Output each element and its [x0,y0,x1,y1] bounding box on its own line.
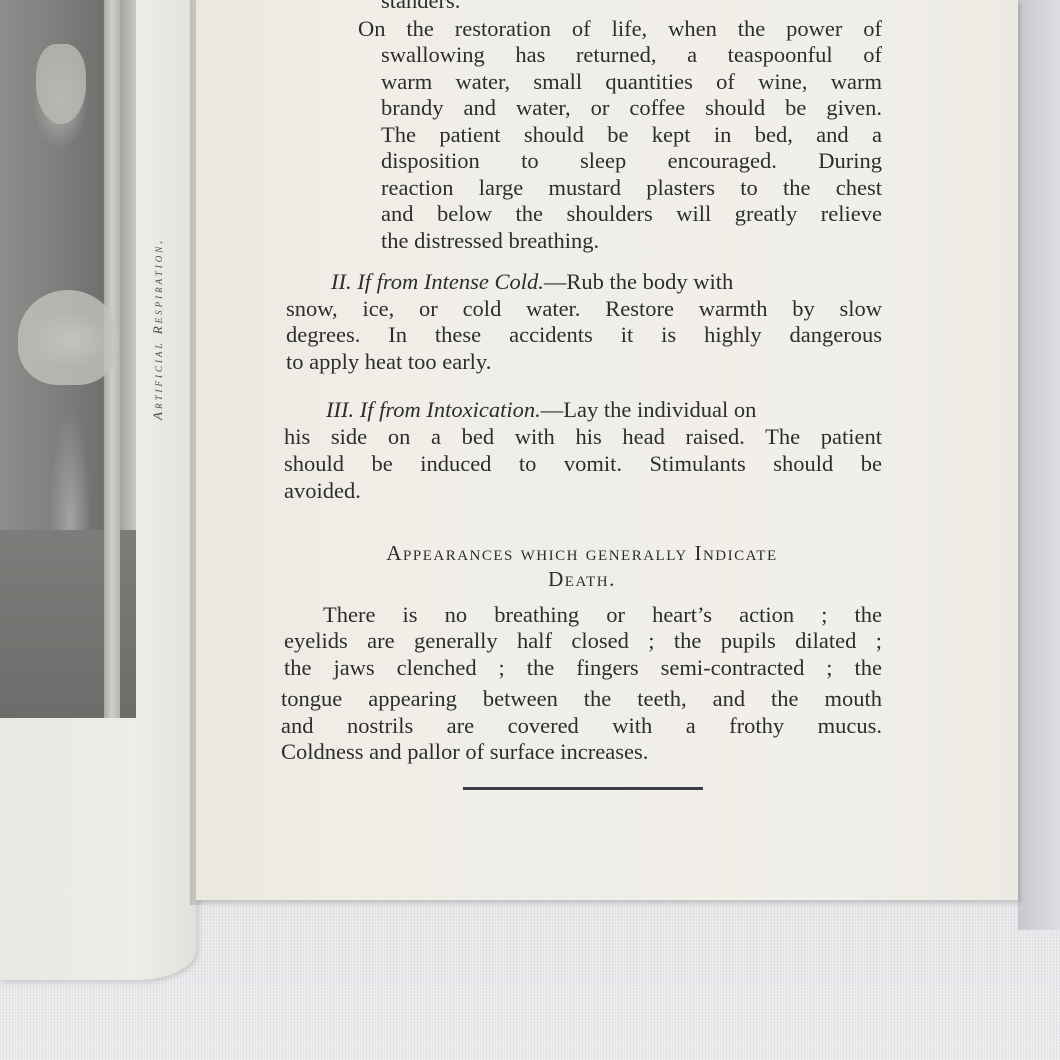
photo-knee [18,290,118,385]
section-ii-text: —Rub the body with [544,269,733,294]
paragraph-line: and nostrils are covered with a frothy m… [281,713,882,740]
paragraph-line: disposition to sleep encouraged. During [381,148,882,175]
paragraph-line: Coldness and pallor of surface increases… [281,739,882,766]
paragraph-line: should be induced to vomit. Stimulants s… [284,451,882,478]
section-iii-label: III. If from Intoxication. [326,397,541,422]
paragraph-line: reaction large mustard plasters to the c… [381,175,882,202]
section-ii-label: II. If from Intense Cold. [331,269,544,294]
paragraph-line: degrees. In these accidents it is highly… [286,322,882,349]
left-page: Artificial Respiration. [0,0,196,980]
closing-rule-divider [463,787,703,790]
section-ii-first-line: II. If from Intense Cold.—Rub the body w… [331,269,882,296]
paragraph-line: and below the shoulders will greatly rel… [381,201,882,228]
section-heading: Appearances which generally Indicate [320,540,844,567]
paragraph-line: On the restoration of life, when the pow… [358,16,882,43]
section-iii-first-line: III. If from Intoxication.—Lay the indiv… [326,397,882,424]
paragraph-line: eyelids are generally half closed ; the … [284,628,882,655]
section-iii-text: —Lay the individual on [541,397,757,422]
section-heading-continued: Death. [320,566,844,593]
paragraph-line: the distressed breathing. [381,228,882,255]
paragraph-line: the jaws clenched ; the fingers semi-con… [284,655,882,682]
paragraph-line: swallowing has returned, a teaspoonful o… [381,42,882,69]
page-edge-shadow [1018,0,1060,930]
paragraph-line: There is no breathing or heart’s action … [323,602,882,629]
paragraph-line: his side on a bed with his head raised. … [284,424,882,451]
paragraph-line: snow, ice, or cold water. Restore warmth… [286,296,882,323]
page-text: standers. On the restoration of life, wh… [196,0,1018,900]
paragraph-line: avoided. [284,478,882,505]
plate-photograph [0,0,136,718]
paragraph-line: tongue appearing between the teeth, and … [281,686,882,713]
paragraph-line: The patient should be kept in bed, and a [381,122,882,149]
right-page: standers. On the restoration of life, wh… [196,0,1018,900]
paragraph-line: brandy and water, or coffee should be gi… [381,95,882,122]
paragraph-line: warm water, small quantities of wine, wa… [381,69,882,96]
continuation-fragment: standers. [381,0,581,15]
plate-caption: Artificial Respiration. [150,90,166,420]
photo-hand [36,44,86,124]
paragraph-line: to apply heat too early. [286,349,882,376]
